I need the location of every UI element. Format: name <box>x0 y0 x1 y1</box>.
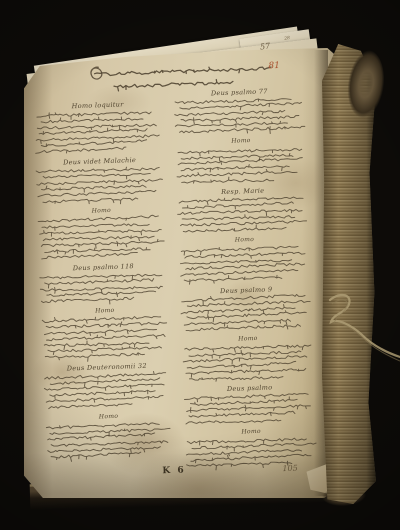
photo-scene: 57 28 82 81 K 6 105 Homo loquiturDeus vi… <box>0 0 400 530</box>
binding-thread <box>0 0 400 530</box>
thread-strand <box>330 295 400 357</box>
thread-strand <box>332 300 400 361</box>
